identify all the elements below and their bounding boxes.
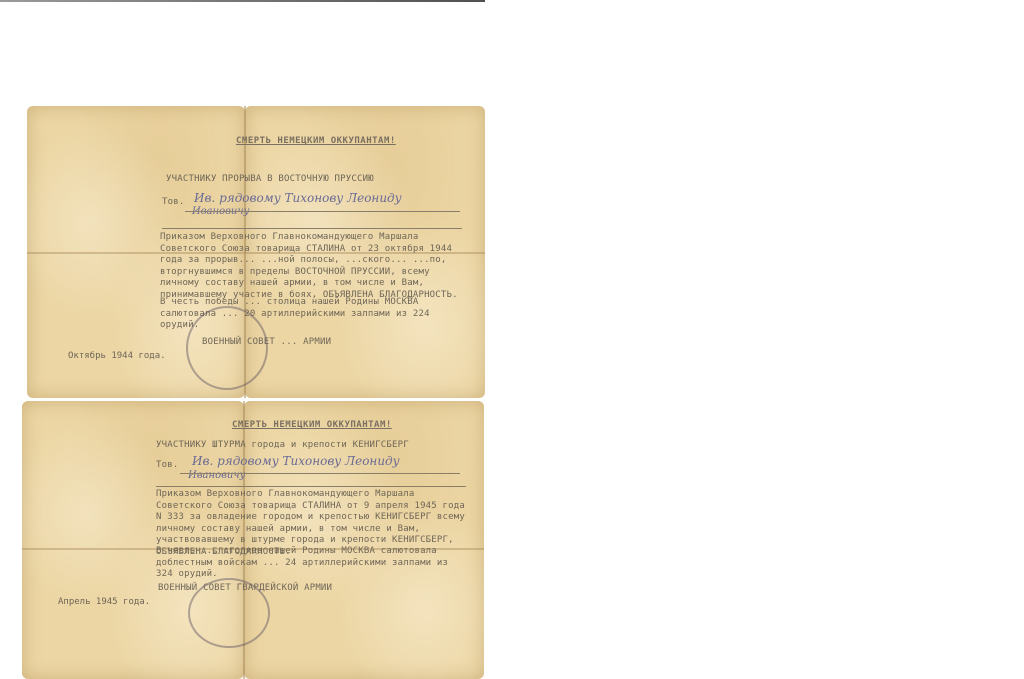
slogan-heading: СМЕРТЬ НЕМЕЦКИМ ОККУПАНТАМ! <box>236 136 396 146</box>
slogan-heading: СМЕРТЬ НЕМЕЦКИМ ОККУПАНТАМ! <box>232 420 392 430</box>
recipient-header: УЧАСТНИКУ ШТУРМА города и крепости КЕНИГ… <box>156 440 409 452</box>
underline <box>180 473 460 474</box>
underline <box>185 211 460 212</box>
date: Октябрь 1944 года. <box>68 351 166 361</box>
recipient-header: УЧАСТНИКУ ПРОРЫВА В ВОСТОЧНУЮ ПРУССИЮ <box>166 174 374 186</box>
tov-label: Тов. <box>162 197 184 209</box>
salute-text: В честь ... столица нашей Родины МОСКВА … <box>156 546 466 581</box>
top-border <box>0 0 485 2</box>
underline <box>162 228 462 229</box>
tov-label: Тов. <box>156 460 178 472</box>
stamp-seal <box>186 306 268 390</box>
handwritten-name-2: Ивановичу <box>188 470 245 481</box>
handwritten-name: Ив. рядовому Тихонову Леониду <box>194 191 402 205</box>
date: Апрель 1945 года. <box>58 597 150 607</box>
body-text: Приказом Верховного Главнокомандующего М… <box>160 232 465 301</box>
handwritten-name: Ив. рядовому Тихонову Леониду <box>192 454 400 468</box>
underline <box>156 486 466 487</box>
stamp-seal <box>188 578 270 648</box>
